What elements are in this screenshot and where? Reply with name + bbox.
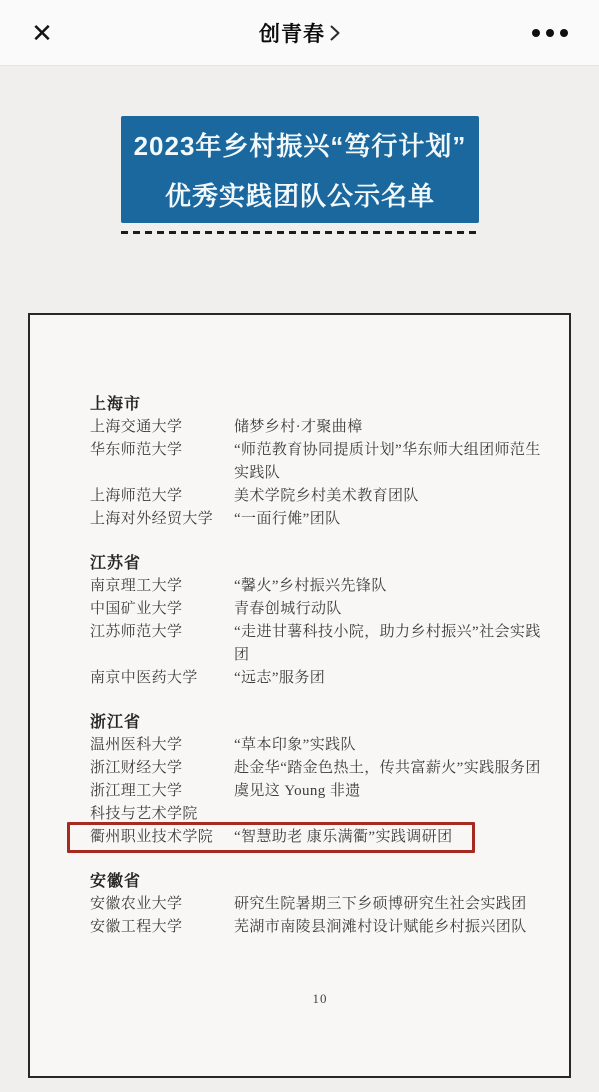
- university-cell: 温州医科大学: [90, 734, 234, 757]
- province-section: 安徽省安徽农业大学研究生院暑期三下乡硕博研究生社会实践团安徽工程大学芜湖市南陵县…: [90, 870, 569, 939]
- province-header: 江苏省: [90, 552, 569, 575]
- table-row: 上海师范大学美术学院乡村美术教育团队: [90, 485, 569, 508]
- university-name: 华东师范大学: [90, 439, 234, 462]
- team-name: “智慧助老 康乐满衢”实践调研团: [234, 826, 543, 849]
- province-header: 浙江省: [90, 711, 569, 734]
- banner-title-line1: 2023年乡村振兴“笃行计划”: [134, 126, 467, 163]
- university-cell: 中国矿业大学: [90, 598, 234, 621]
- university-name: 上海交通大学: [90, 416, 234, 439]
- university-name: 江苏师范大学: [90, 621, 234, 644]
- university-cell: 上海交通大学: [90, 416, 234, 439]
- team-name: 赴金华“踏金色热土，传共富薪火”实践服务团: [234, 757, 543, 780]
- university-name: 浙江财经大学: [90, 757, 234, 780]
- team-name: 储梦乡村·才聚曲樟: [234, 416, 543, 439]
- announcement-document: 上海市上海交通大学储梦乡村·才聚曲樟华东师范大学“师范教育协同提质计划”华东师大…: [28, 313, 571, 1078]
- more-menu-icon: [546, 29, 554, 37]
- university-name: 温州医科大学: [90, 734, 234, 757]
- province-header: 上海市: [90, 393, 569, 416]
- table-row: 安徽工程大学芜湖市南陵县涧滩村设计赋能乡村振兴团队: [90, 916, 569, 939]
- university-cell: 浙江财经大学: [90, 757, 234, 780]
- page-number: 10: [90, 991, 550, 1007]
- team-name: “远志”服务团: [234, 667, 543, 690]
- university-name: 衢州职业技术学院: [90, 826, 234, 849]
- province-header: 安徽省: [90, 870, 569, 893]
- more-menu-icon: [532, 29, 540, 37]
- university-name: 安徽工程大学: [90, 916, 234, 939]
- team-name: “草本印象”实践队: [234, 734, 543, 757]
- university-name: 南京理工大学: [90, 575, 234, 598]
- chevron-right-icon: [330, 25, 340, 41]
- team-name: 研究生院暑期三下乡硕博研究生社会实践团: [234, 893, 543, 916]
- team-name: 美术学院乡村美术教育团队: [234, 485, 543, 508]
- province-section: 浙江省温州医科大学“草本印象”实践队浙江财经大学赴金华“踏金色热土，传共富薪火”…: [90, 711, 569, 849]
- team-name: 虞见这 Young 非遗: [234, 780, 543, 803]
- table-row: 南京中医药大学“远志”服务团: [90, 667, 569, 690]
- university-cell: 南京理工大学: [90, 575, 234, 598]
- team-name: “走进甘薯科技小院，助力乡村振兴”社会实践团: [234, 621, 543, 667]
- table-row: 南京理工大学“馨火”乡村振兴先锋队: [90, 575, 569, 598]
- announcement-banner: 2023年乡村振兴“笃行计划” 优秀实践团队公示名单: [121, 116, 479, 223]
- university-cell: 安徽农业大学: [90, 893, 234, 916]
- table-row: 上海对外经贸大学“一面行傩”团队: [90, 508, 569, 531]
- more-menu-icon: [560, 29, 568, 37]
- more-menu-button[interactable]: [525, 0, 575, 66]
- team-name: “馨火”乡村振兴先锋队: [234, 575, 543, 598]
- university-cell: 衢州职业技术学院: [90, 826, 234, 849]
- province-section: 江苏省南京理工大学“馨火”乡村振兴先锋队中国矿业大学青春创城行动队江苏师范大学“…: [90, 552, 569, 690]
- wechat-article-topbar: ✕ 创青春: [0, 0, 599, 66]
- dashed-divider: [121, 231, 479, 234]
- banner-title-line2: 优秀实践团队公示名单: [165, 176, 435, 213]
- table-row: 浙江理工大学科技与艺术学院虞见这 Young 非遗: [90, 780, 569, 826]
- university-name: 科技与艺术学院: [90, 803, 234, 826]
- table-row: 安徽农业大学研究生院暑期三下乡硕博研究生社会实践团: [90, 893, 569, 916]
- university-name: 浙江理工大学: [90, 780, 234, 803]
- article-title-link[interactable]: 创青春: [0, 0, 599, 66]
- university-cell: 上海师范大学: [90, 485, 234, 508]
- university-name: 南京中医药大学: [90, 667, 234, 690]
- university-cell: 华东师范大学: [90, 439, 234, 462]
- table-row: 上海交通大学储梦乡村·才聚曲樟: [90, 416, 569, 439]
- table-row: 江苏师范大学“走进甘薯科技小院，助力乡村振兴”社会实践团: [90, 621, 569, 667]
- university-cell: 浙江理工大学科技与艺术学院: [90, 780, 234, 826]
- university-name: 上海师范大学: [90, 485, 234, 508]
- table-row: 华东师范大学“师范教育协同提质计划”华东师大组团师范生实践队: [90, 439, 569, 485]
- university-cell: 南京中医药大学: [90, 667, 234, 690]
- university-name: 安徽农业大学: [90, 893, 234, 916]
- team-name: 芜湖市南陵县涧滩村设计赋能乡村振兴团队: [234, 916, 543, 939]
- university-cell: 江苏师范大学: [90, 621, 234, 644]
- table-row: 中国矿业大学青春创城行动队: [90, 598, 569, 621]
- table-row: 温州医科大学“草本印象”实践队: [90, 734, 569, 757]
- university-name: 上海对外经贸大学: [90, 508, 234, 531]
- university-cell: 安徽工程大学: [90, 916, 234, 939]
- university-cell: 上海对外经贸大学: [90, 508, 234, 531]
- table-row: 浙江财经大学赴金华“踏金色热土，传共富薪火”实践服务团: [90, 757, 569, 780]
- province-list: 上海市上海交通大学储梦乡村·才聚曲樟华东师范大学“师范教育协同提质计划”华东师大…: [90, 393, 569, 939]
- university-name: 中国矿业大学: [90, 598, 234, 621]
- page-title: 创青春: [259, 18, 325, 48]
- team-name: 青春创城行动队: [234, 598, 543, 621]
- table-row-highlighted: 衢州职业技术学院“智慧助老 康乐满衢”实践调研团: [90, 826, 569, 849]
- province-section: 上海市上海交通大学储梦乡村·才聚曲樟华东师范大学“师范教育协同提质计划”华东师大…: [90, 393, 569, 531]
- team-name: “师范教育协同提质计划”华东师大组团师范生实践队: [234, 439, 543, 485]
- team-name: “一面行傩”团队: [234, 508, 543, 531]
